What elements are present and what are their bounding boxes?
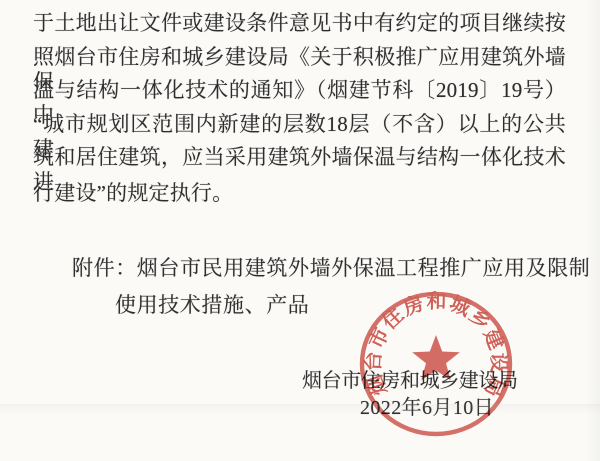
- scan-edge-shade: [586, 0, 600, 461]
- scanned-document-page: 于土地出让文件或建设条件意见书中有约定的项目继续按 照烟台市住房和城乡建设局《关…: [0, 0, 600, 461]
- issue-date: 2022年6月10日: [360, 391, 494, 420]
- scan-artifact-band: [0, 404, 600, 414]
- attachment-line-1: 附件：烟台市民用建筑外墙外保温工程推广应用及限制: [72, 256, 590, 281]
- body-text-line: 行建设”的规定执行。: [33, 181, 566, 206]
- issuer-signature: 烟台市住房和城乡建设局: [302, 364, 518, 393]
- official-seal: 烟台市住房和城乡建设局: [336, 264, 536, 461]
- body-text-line: 于土地出让文件或建设条件意见书中有约定的项目继续按: [33, 11, 566, 36]
- attachment-line-2: 使用技术措施、产品: [115, 293, 309, 318]
